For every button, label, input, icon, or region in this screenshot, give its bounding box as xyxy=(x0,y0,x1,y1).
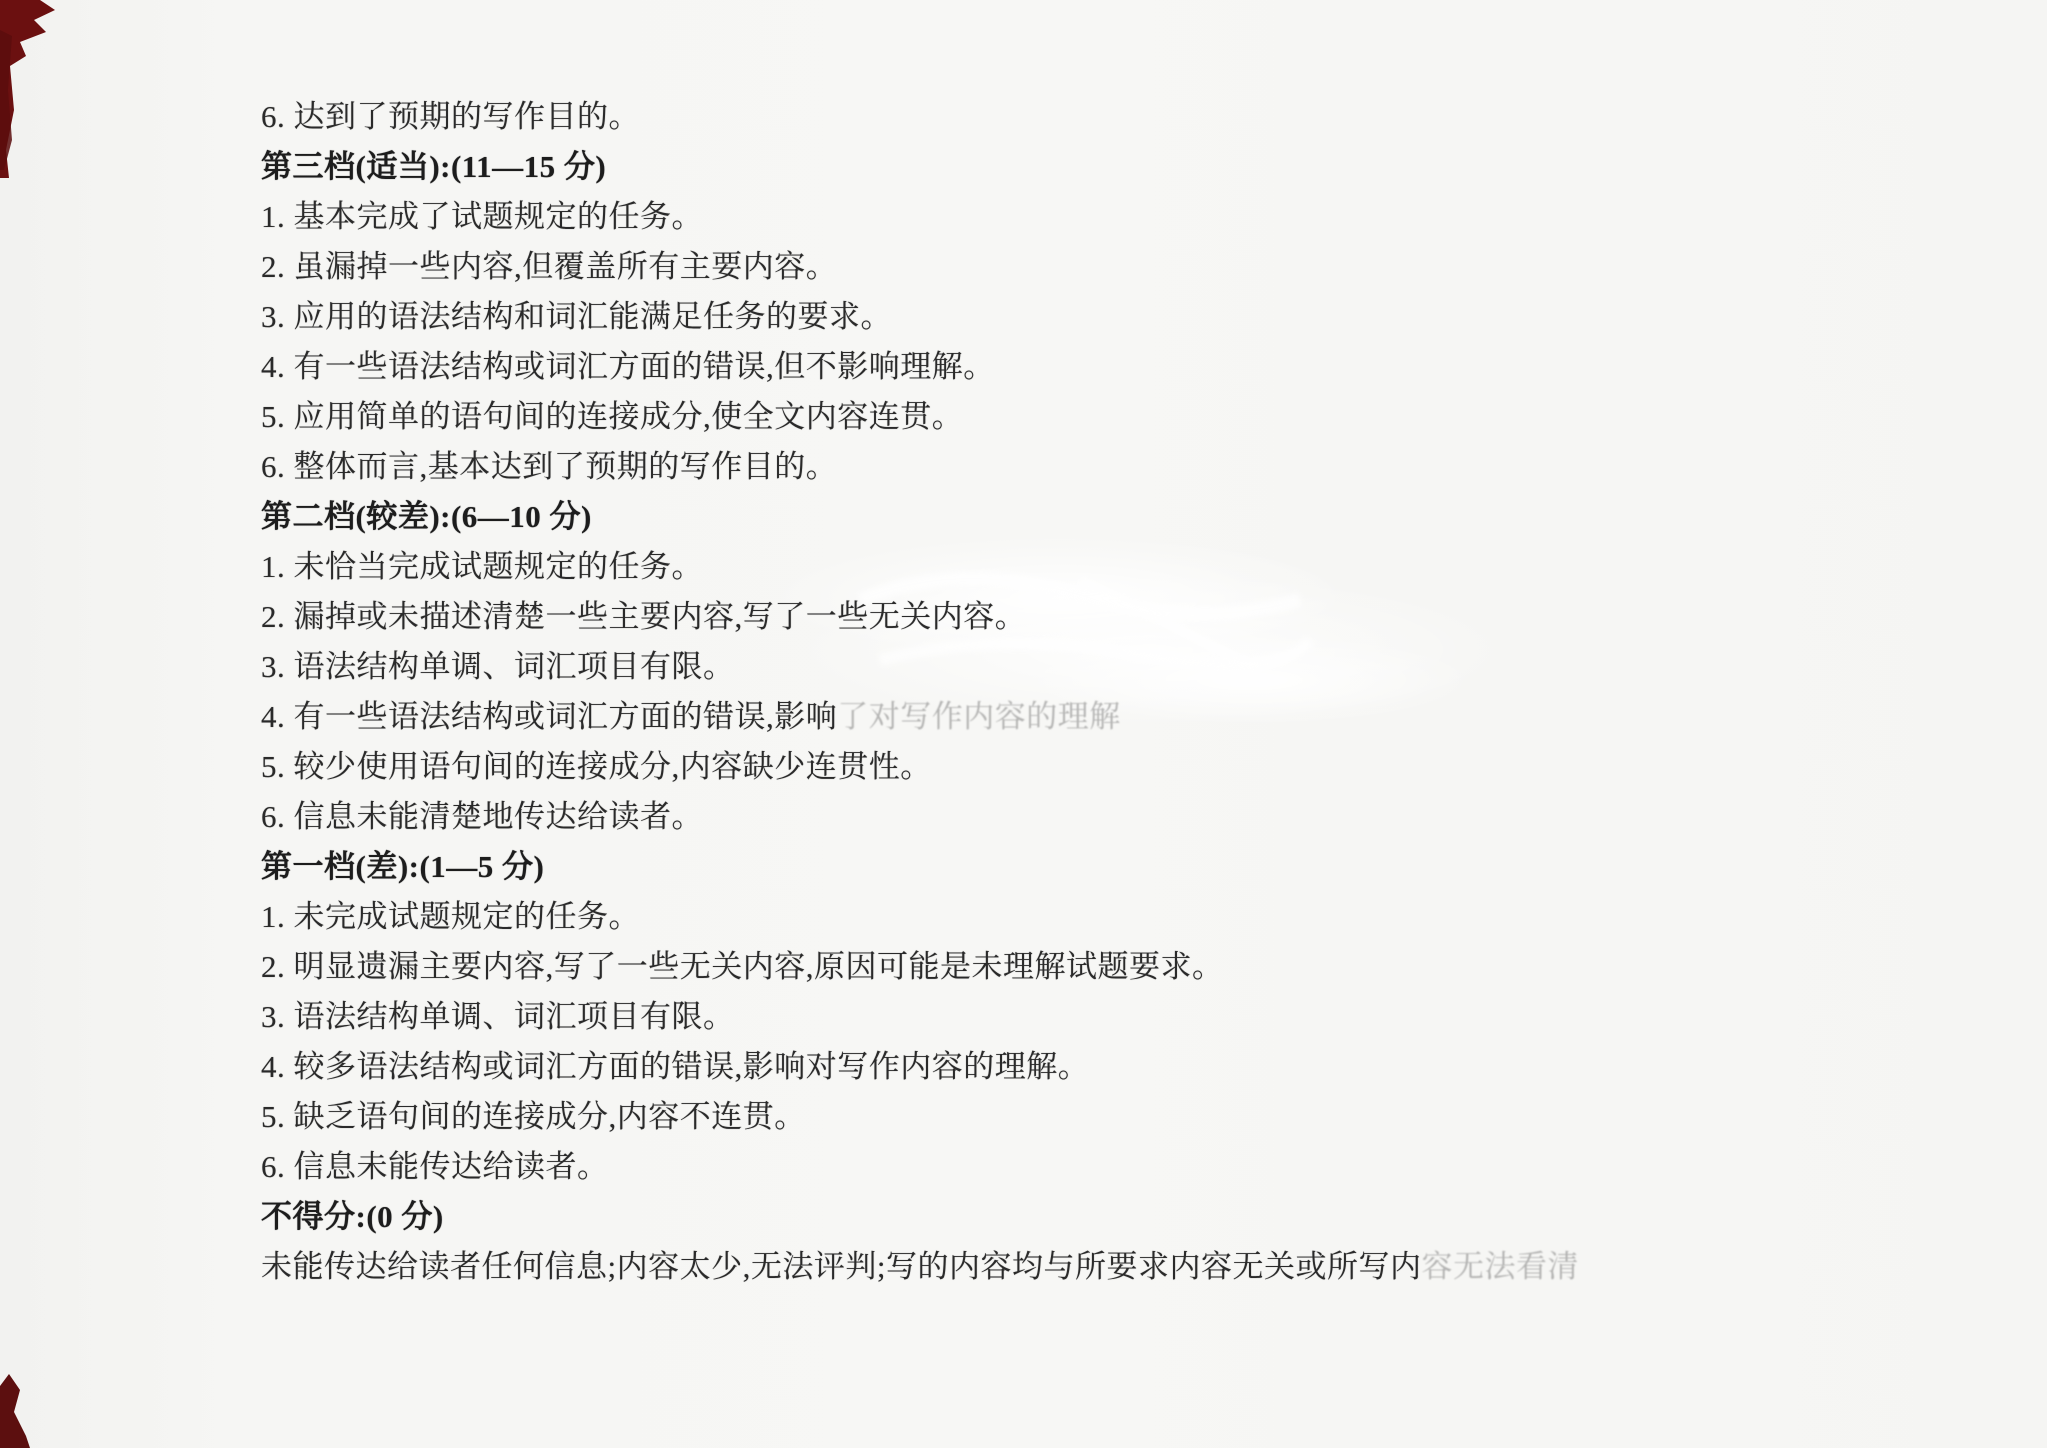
rubric-item: 3. 应用的语法结构和词汇能满足任务的要求。 xyxy=(261,292,1579,342)
rubric-item: 3. 语法结构单调、词汇项目有限。 xyxy=(261,992,1579,1042)
rubric-item: 3. 语法结构单调、词汇项目有限。 xyxy=(261,642,1579,692)
rubric-item: 4. 有一些语法结构或词汇方面的错误,影响了对写作内容的理解 xyxy=(261,692,1579,742)
scanned-document-page: { "page": { "background_color": "#f5f5f3… xyxy=(0,0,2047,1448)
page-background: 6. 达到了预期的写作目的。 第三档(适当):(11—15 分) 1. 基本完成… xyxy=(0,0,2047,1448)
rubric-tier-header: 第二档(较差):(6—10 分) xyxy=(261,492,1579,542)
rubric-item: 2. 漏掉或未描述清楚一些主要内容,写了一些无关内容。 xyxy=(261,592,1579,642)
rubric-item: 4. 有一些语法结构或词汇方面的错误,但不影响理解。 xyxy=(261,342,1579,392)
rubric-item: 2. 明显遗漏主要内容,写了一些无关内容,原因可能是未理解试题要求。 xyxy=(261,942,1579,992)
rubric-item: 2. 虽漏掉一些内容,但覆盖所有主要内容。 xyxy=(261,242,1579,292)
rubric-item: 5. 应用简单的语句间的连接成分,使全文内容连贯。 xyxy=(261,392,1579,442)
rubric-item: 5. 缺乏语句间的连接成分,内容不连贯。 xyxy=(261,1092,1579,1142)
rubric-tier-header: 第一档(差):(1—5 分) xyxy=(261,842,1579,892)
rubric-item: 5. 较少使用语句间的连接成分,内容缺少连贯性。 xyxy=(261,742,1579,792)
rubric-tier-header: 不得分:(0 分) xyxy=(261,1192,1579,1242)
rubric-paragraph: 未能传达给读者任何信息;内容太少,无法评判;写的内容均与所要求内容无关或所写内容… xyxy=(261,1242,1579,1292)
rubric-item: 1. 基本完成了试题规定的任务。 xyxy=(261,192,1579,242)
scan-mark-top-left xyxy=(0,0,90,200)
rubric-item: 1. 未完成试题规定的任务。 xyxy=(261,892,1579,942)
rubric-item: 6. 达到了预期的写作目的。 xyxy=(261,92,1579,142)
rubric-item: 1. 未恰当完成试题规定的任务。 xyxy=(261,542,1579,592)
rubric-item: 6. 信息未能传达给读者。 xyxy=(261,1142,1579,1192)
scan-mark-bottom-left xyxy=(0,1368,60,1448)
rubric-text-block: 6. 达到了预期的写作目的。 第三档(适当):(11—15 分) 1. 基本完成… xyxy=(261,92,1579,1292)
rubric-item: 6. 信息未能清楚地传达给读者。 xyxy=(261,792,1579,842)
rubric-item: 6. 整体而言,基本达到了预期的写作目的。 xyxy=(261,442,1579,492)
rubric-tier-header: 第三档(适当):(11—15 分) xyxy=(261,142,1579,192)
rubric-item: 4. 较多语法结构或词汇方面的错误,影响对写作内容的理解。 xyxy=(261,1042,1579,1092)
